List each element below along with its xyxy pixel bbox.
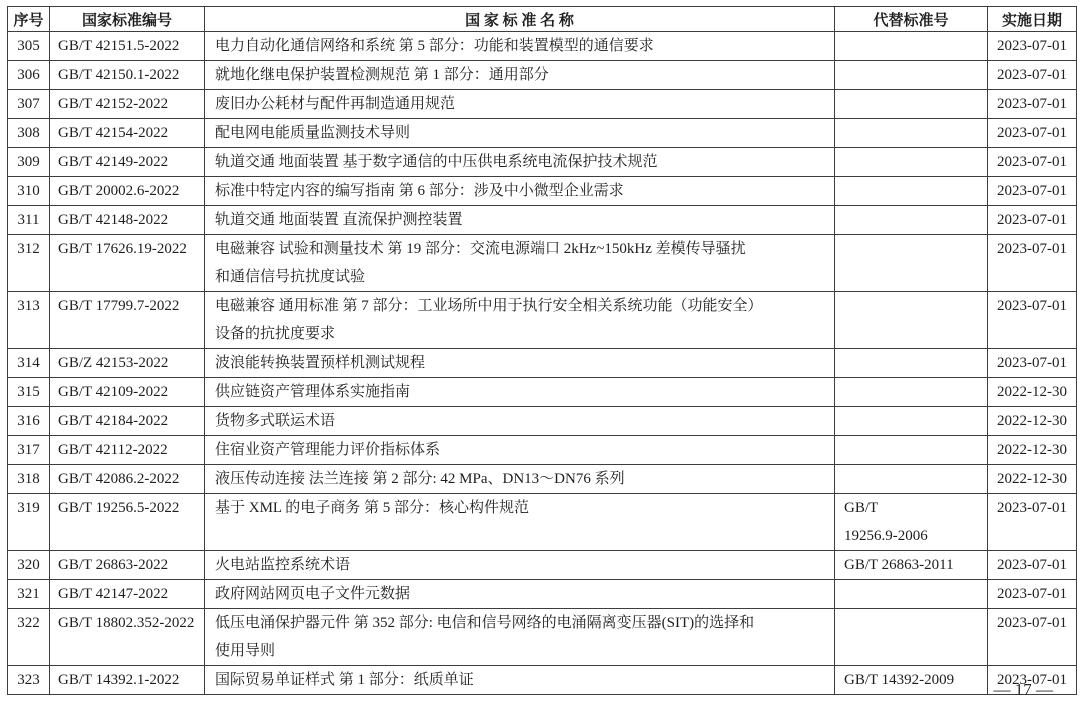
table-row: 323GB/T 14392.1-2022国际贸易单证样式 第 1 部分：纸质单证… bbox=[8, 666, 1077, 695]
date-cell: 2022-12-30 bbox=[988, 407, 1077, 436]
code-cell: GB/T 42184-2022 bbox=[50, 407, 205, 436]
date-cell: 2023-07-01 bbox=[988, 148, 1077, 177]
replaced-cell bbox=[835, 292, 988, 349]
name-cell: 火电站监控系统术语 bbox=[205, 551, 835, 580]
replaced-cell bbox=[835, 119, 988, 148]
replaced-cell bbox=[835, 378, 988, 407]
table-row: 306GB/T 42150.1-2022就地化继电保护装置检测规范 第 1 部分… bbox=[8, 61, 1077, 90]
name-cell: 电力自动化通信网络和系统 第 5 部分：功能和装置模型的通信要求 bbox=[205, 32, 835, 61]
seq-cell: 309 bbox=[8, 148, 50, 177]
code-cell: GB/T 42154-2022 bbox=[50, 119, 205, 148]
date-cell: 2023-07-01 bbox=[988, 90, 1077, 119]
name-cell: 配电网电能质量监测技术导则 bbox=[205, 119, 835, 148]
replaced-cell bbox=[835, 235, 988, 292]
header-replaced: 代替标准号 bbox=[835, 7, 988, 32]
header-row: 序号 国家标准编号 国 家 标 准 名 称 代替标准号 实施日期 bbox=[8, 7, 1077, 32]
standards-table-body: 305GB/T 42151.5-2022电力自动化通信网络和系统 第 5 部分：… bbox=[8, 32, 1077, 695]
table-row: 318GB/T 42086.2-2022液压传动连接 法兰连接 第 2 部分: … bbox=[8, 465, 1077, 494]
code-cell: GB/T 42086.2-2022 bbox=[50, 465, 205, 494]
name-cell: 政府网站网页电子文件元数据 bbox=[205, 580, 835, 609]
name-cell: 电磁兼容 试验和测量技术 第 19 部分：交流电源端口 2kHz~150kHz … bbox=[205, 235, 835, 292]
replaced-cell bbox=[835, 436, 988, 465]
header-name: 国 家 标 准 名 称 bbox=[205, 7, 835, 32]
code-cell: GB/T 42147-2022 bbox=[50, 580, 205, 609]
date-cell: 2023-07-01 bbox=[988, 119, 1077, 148]
date-cell: 2023-07-01 bbox=[988, 580, 1077, 609]
replaced-cell bbox=[835, 61, 988, 90]
date-cell: 2023-07-01 bbox=[988, 61, 1077, 90]
replaced-cell bbox=[835, 177, 988, 206]
table-row: 313GB/T 17799.7-2022电磁兼容 通用标准 第 7 部分：工业场… bbox=[8, 292, 1077, 349]
name-cell: 低压电涌保护器元件 第 352 部分: 电信和信号网络的电涌隔离变压器(SIT)… bbox=[205, 609, 835, 666]
seq-cell: 321 bbox=[8, 580, 50, 609]
code-cell: GB/T 19256.5-2022 bbox=[50, 494, 205, 551]
code-cell: GB/T 42151.5-2022 bbox=[50, 32, 205, 61]
seq-cell: 311 bbox=[8, 206, 50, 235]
name-cell: 基于 XML 的电子商务 第 5 部分：核心构件规范 bbox=[205, 494, 835, 551]
code-cell: GB/Z 42153-2022 bbox=[50, 349, 205, 378]
replaced-cell bbox=[835, 148, 988, 177]
seq-cell: 323 bbox=[8, 666, 50, 695]
code-cell: GB/T 42150.1-2022 bbox=[50, 61, 205, 90]
name-cell: 轨道交通 地面装置 基于数字通信的中压供电系统电流保护技术规范 bbox=[205, 148, 835, 177]
seq-cell: 313 bbox=[8, 292, 50, 349]
table-row: 308GB/T 42154-2022配电网电能质量监测技术导则2023-07-0… bbox=[8, 119, 1077, 148]
replaced-cell bbox=[835, 580, 988, 609]
table-row: 319GB/T 19256.5-2022基于 XML 的电子商务 第 5 部分：… bbox=[8, 494, 1077, 551]
table-row: 309GB/T 42149-2022轨道交通 地面装置 基于数字通信的中压供电系… bbox=[8, 148, 1077, 177]
date-cell: 2022-12-30 bbox=[988, 465, 1077, 494]
table-row: 310GB/T 20002.6-2022标准中特定内容的编写指南 第 6 部分：… bbox=[8, 177, 1077, 206]
replaced-cell bbox=[835, 349, 988, 378]
table-row: 311GB/T 42148-2022轨道交通 地面装置 直流保护测控装置2023… bbox=[8, 206, 1077, 235]
name-cell: 国际贸易单证样式 第 1 部分：纸质单证 bbox=[205, 666, 835, 695]
seq-cell: 318 bbox=[8, 465, 50, 494]
name-cell: 住宿业资产管理能力评价指标体系 bbox=[205, 436, 835, 465]
date-cell: 2023-07-01 bbox=[988, 609, 1077, 666]
seq-cell: 322 bbox=[8, 609, 50, 666]
seq-cell: 312 bbox=[8, 235, 50, 292]
table-row: 314GB/Z 42153-2022波浪能转换装置预样机测试规程2023-07-… bbox=[8, 349, 1077, 378]
code-cell: GB/T 42112-2022 bbox=[50, 436, 205, 465]
standards-table-header: 序号 国家标准编号 国 家 标 准 名 称 代替标准号 实施日期 bbox=[8, 7, 1077, 32]
replaced-cell bbox=[835, 90, 988, 119]
table-row: 321GB/T 42147-2022政府网站网页电子文件元数据2023-07-0… bbox=[8, 580, 1077, 609]
name-cell: 供应链资产管理体系实施指南 bbox=[205, 378, 835, 407]
table-row: 320GB/T 26863-2022火电站监控系统术语GB/T 26863-20… bbox=[8, 551, 1077, 580]
date-cell: 2022-12-30 bbox=[988, 436, 1077, 465]
code-cell: GB/T 42109-2022 bbox=[50, 378, 205, 407]
seq-cell: 314 bbox=[8, 349, 50, 378]
replaced-cell bbox=[835, 465, 988, 494]
date-cell: 2023-07-01 bbox=[988, 177, 1077, 206]
name-cell: 液压传动连接 法兰连接 第 2 部分: 42 MPa、DN13～DN76 系列 bbox=[205, 465, 835, 494]
code-cell: GB/T 20002.6-2022 bbox=[50, 177, 205, 206]
code-cell: GB/T 26863-2022 bbox=[50, 551, 205, 580]
code-cell: GB/T 17799.7-2022 bbox=[50, 292, 205, 349]
table-row: 307GB/T 42152-2022废旧办公耗材与配件再制造通用规范2023-0… bbox=[8, 90, 1077, 119]
name-cell: 轨道交通 地面装置 直流保护测控装置 bbox=[205, 206, 835, 235]
name-cell: 波浪能转换装置预样机测试规程 bbox=[205, 349, 835, 378]
header-seq: 序号 bbox=[8, 7, 50, 32]
seq-cell: 308 bbox=[8, 119, 50, 148]
name-cell: 就地化继电保护装置检测规范 第 1 部分：通用部分 bbox=[205, 61, 835, 90]
seq-cell: 317 bbox=[8, 436, 50, 465]
replaced-cell: GB/T 26863-2011 bbox=[835, 551, 988, 580]
table-row: 312GB/T 17626.19-2022电磁兼容 试验和测量技术 第 19 部… bbox=[8, 235, 1077, 292]
date-cell: 2023-07-01 bbox=[988, 349, 1077, 378]
code-cell: GB/T 14392.1-2022 bbox=[50, 666, 205, 695]
name-cell: 废旧办公耗材与配件再制造通用规范 bbox=[205, 90, 835, 119]
replaced-cell bbox=[835, 206, 988, 235]
date-cell: 2023-07-01 bbox=[988, 206, 1077, 235]
table-row: 317GB/T 42112-2022住宿业资产管理能力评价指标体系2022-12… bbox=[8, 436, 1077, 465]
header-date: 实施日期 bbox=[988, 7, 1077, 32]
seq-cell: 316 bbox=[8, 407, 50, 436]
name-cell: 电磁兼容 通用标准 第 7 部分：工业场所中用于执行安全相关系统功能（功能安全）… bbox=[205, 292, 835, 349]
date-cell: 2023-07-01 bbox=[988, 551, 1077, 580]
name-cell: 标准中特定内容的编写指南 第 6 部分：涉及中小微型企业需求 bbox=[205, 177, 835, 206]
seq-cell: 305 bbox=[8, 32, 50, 61]
seq-cell: 306 bbox=[8, 61, 50, 90]
seq-cell: 307 bbox=[8, 90, 50, 119]
replaced-cell bbox=[835, 609, 988, 666]
date-cell: 2022-12-30 bbox=[988, 378, 1077, 407]
header-code: 国家标准编号 bbox=[50, 7, 205, 32]
seq-cell: 319 bbox=[8, 494, 50, 551]
table-row: 322GB/T 18802.352-2022低压电涌保护器元件 第 352 部分… bbox=[8, 609, 1077, 666]
page-number: — 17 — bbox=[994, 679, 1054, 701]
replaced-cell: GB/T 19256.9-2006 bbox=[835, 494, 988, 551]
seq-cell: 315 bbox=[8, 378, 50, 407]
date-cell: 2023-07-01 bbox=[988, 292, 1077, 349]
seq-cell: 310 bbox=[8, 177, 50, 206]
replaced-cell: GB/T 14392-2009 bbox=[835, 666, 988, 695]
code-cell: GB/T 17626.19-2022 bbox=[50, 235, 205, 292]
code-cell: GB/T 18802.352-2022 bbox=[50, 609, 205, 666]
standards-table: 序号 国家标准编号 国 家 标 准 名 称 代替标准号 实施日期 305GB/T… bbox=[7, 6, 1077, 695]
code-cell: GB/T 42148-2022 bbox=[50, 206, 205, 235]
table-row: 305GB/T 42151.5-2022电力自动化通信网络和系统 第 5 部分：… bbox=[8, 32, 1077, 61]
document-page: 序号 国家标准编号 国 家 标 准 名 称 代替标准号 实施日期 305GB/T… bbox=[0, 0, 1080, 709]
date-cell: 2023-07-01 bbox=[988, 32, 1077, 61]
replaced-cell bbox=[835, 32, 988, 61]
code-cell: GB/T 42152-2022 bbox=[50, 90, 205, 119]
table-row: 316GB/T 42184-2022货物多式联运术语2022-12-30 bbox=[8, 407, 1077, 436]
code-cell: GB/T 42149-2022 bbox=[50, 148, 205, 177]
seq-cell: 320 bbox=[8, 551, 50, 580]
date-cell: 2023-07-01 bbox=[988, 494, 1077, 551]
name-cell: 货物多式联运术语 bbox=[205, 407, 835, 436]
replaced-cell bbox=[835, 407, 988, 436]
table-row: 315GB/T 42109-2022供应链资产管理体系实施指南2022-12-3… bbox=[8, 378, 1077, 407]
date-cell: 2023-07-01 bbox=[988, 235, 1077, 292]
